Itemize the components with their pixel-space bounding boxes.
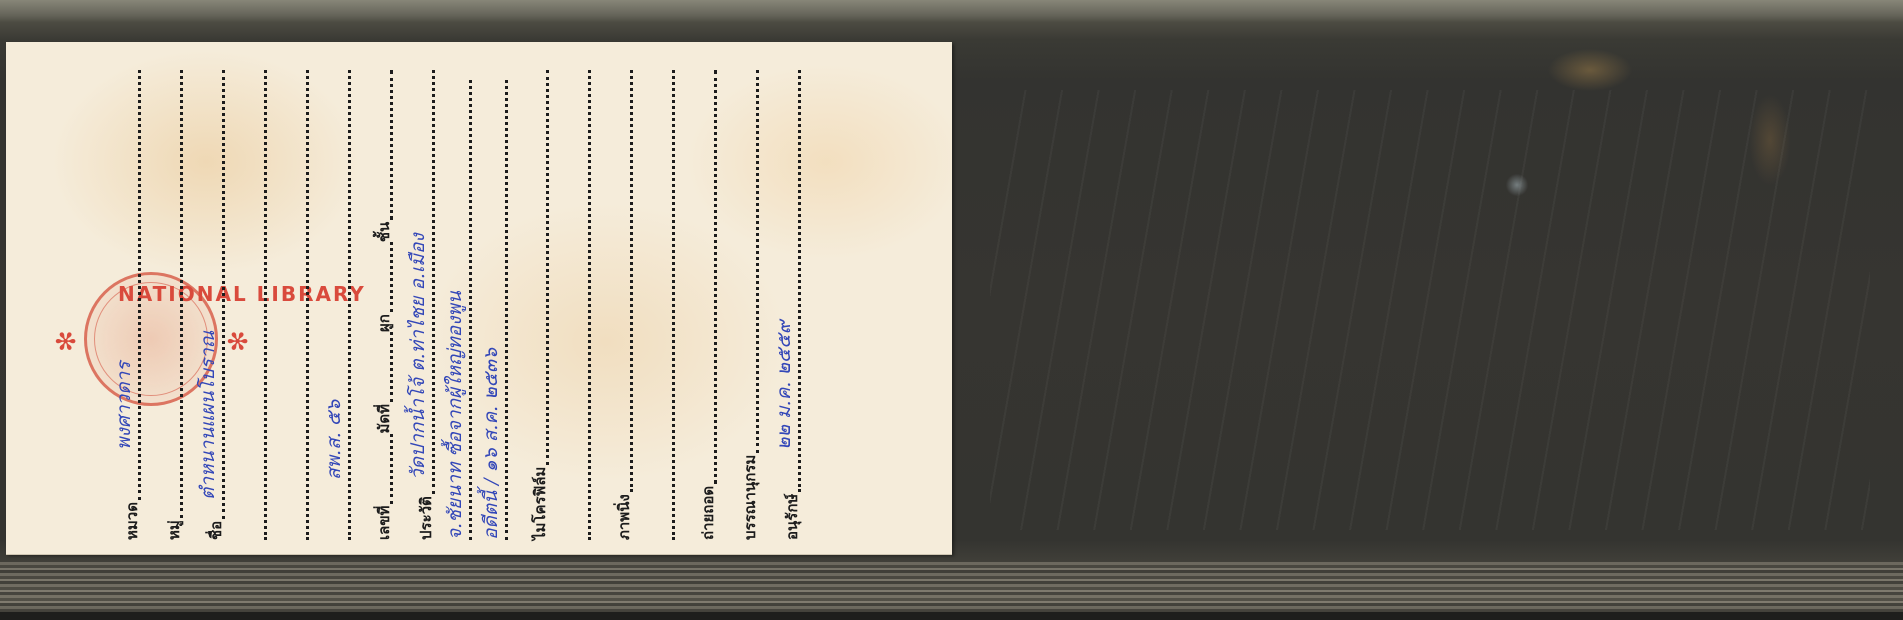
field-label: อนุรักษ์: [780, 494, 808, 540]
dotted-line: [390, 434, 393, 504]
book-top-edge: [0, 0, 1903, 22]
history-line: วัดปากน้ำโจ้ ต.ท่าไชย อ.เมือง: [403, 233, 433, 480]
history-line: จ.ชัยนาท ซื้อจากผู้ใหญ่ทองพูน: [440, 291, 470, 540]
dotted-line: [588, 70, 591, 540]
field-label: ชื่อ: [204, 521, 232, 540]
field-microfilm: ไมโครฟิล์ม: [514, 70, 556, 540]
cover-faded-writing: [990, 90, 1870, 530]
dotted-line: [630, 70, 633, 492]
dotted-line: [390, 242, 393, 312]
field-label: หมวด: [120, 502, 148, 540]
dotted-line: [546, 70, 549, 465]
history-continuation: อดีตนี้ / ๑๖ ส.ค. ๒๕๓๖: [478, 70, 514, 540]
field-value: ๒๒ ม.ค. ๒๕๕๙: [769, 320, 799, 450]
field-blank-line: [232, 70, 274, 540]
field-title: ชื่อ ตำหนานแผนโบราณ: [190, 70, 232, 540]
dotted-line: [672, 70, 675, 540]
dotted-line: [756, 70, 759, 453]
catalog-card-content: ✻ ✻ NATIONAL LIBRARY หมวด พงศาวดาร หมู่ …: [6, 42, 952, 554]
field-value: ตำหนานแผนโบราณ: [193, 331, 223, 500]
field-label: ประวัติ: [414, 496, 442, 540]
dotted-line: [390, 70, 393, 220]
field-label: ชั้น: [372, 222, 400, 242]
field-group: หมู่: [148, 70, 190, 540]
dotted-line: [264, 70, 267, 540]
field-still-photo: ภาพนิ่ง: [598, 70, 640, 540]
catalog-card: ✻ ✻ NATIONAL LIBRARY หมวด พงศาวดาร หมู่ …: [6, 42, 952, 554]
field-value: พงศาวดาร: [109, 362, 139, 450]
field-blank-line: [556, 70, 598, 540]
field-label: ภาพนิ่ง: [612, 494, 640, 540]
history-continuation: จ.ชัยนาท ซื้อจากผู้ใหญ่ทองพูน: [442, 70, 478, 540]
field-label: หมู่: [162, 520, 190, 540]
call-number-value: สพ.ส. ๕๖: [319, 400, 349, 480]
field-label: เลขที่: [372, 506, 400, 540]
field-label: บรรณานุกรม: [738, 455, 766, 540]
manuscript-scan: ✻ ✻ NATIONAL LIBRARY หมวด พงศาวดาร หมู่ …: [0, 0, 1903, 620]
field-blank-line: [640, 70, 682, 540]
field-bibliography: บรรณานุกรม: [724, 70, 766, 540]
field-label: ไมโครฟิล์ม: [528, 467, 556, 540]
field-conservation: อนุรักษ์ ๒๒ ม.ค. ๒๕๕๙: [766, 70, 808, 540]
field-label: มัดที่: [372, 404, 400, 434]
dotted-line: [180, 70, 183, 518]
field-call-number-line: สพ.ส. ๕๖: [316, 70, 358, 540]
history-line: อดีตนี้ / ๑๖ ส.ค. ๒๕๓๖: [476, 348, 506, 540]
field-transcription: ถ่ายถอด: [682, 70, 724, 540]
field-blank-line: [274, 70, 316, 540]
dotted-line: [306, 70, 309, 540]
card-fields: หมวด พงศาวดาร หมู่ ชื่อ ตำหนานแผนโบราณ: [106, 70, 808, 540]
field-label: ผูก: [372, 314, 400, 332]
stamp-ornament-icon: ✻: [52, 330, 82, 352]
field-number-bundle-fascicle-shelf: เลขที่ มัดที่ ผูก ชั้น: [358, 70, 400, 540]
field-label: ถ่ายถอด: [696, 486, 724, 540]
dotted-line: [390, 332, 393, 402]
dotted-line: [714, 70, 717, 484]
book-page-edges: [0, 562, 1903, 612]
field-category: หมวด พงศาวดาร: [106, 70, 148, 540]
field-history: ประวัติ วัดปากน้ำโจ้ ต.ท่าไชย อ.เมือง: [400, 70, 442, 540]
